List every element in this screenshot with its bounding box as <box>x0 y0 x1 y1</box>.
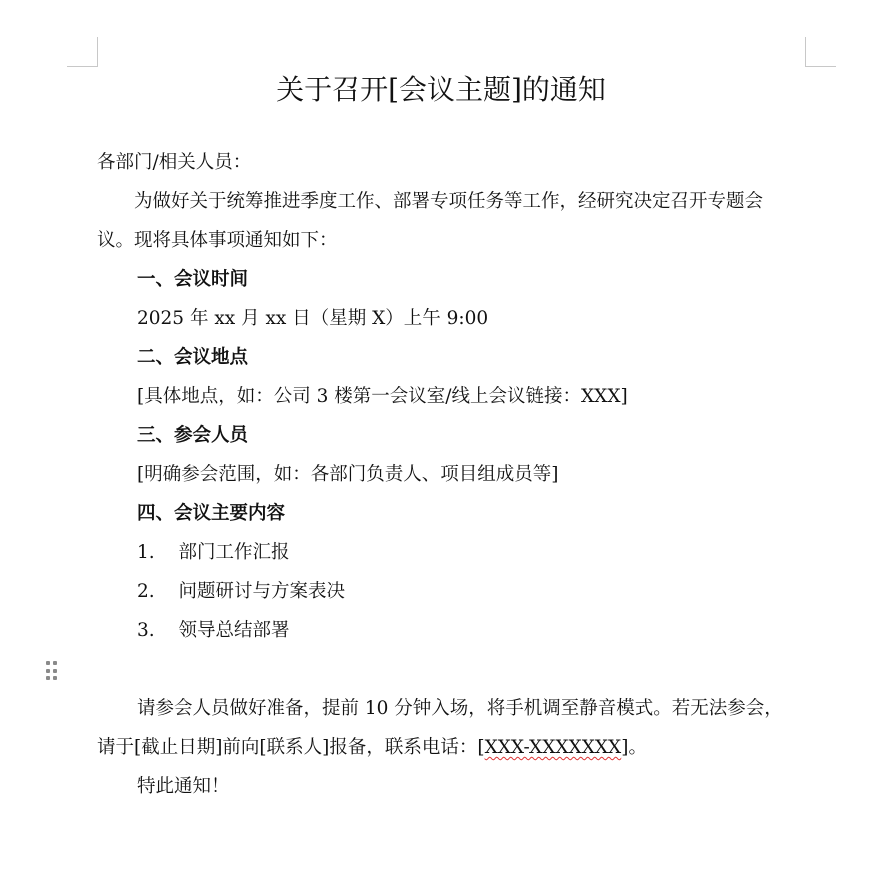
agenda-item-number: 3. <box>137 620 155 641</box>
agenda-item[interactable]: 2. 问题研讨与方案表决 <box>137 579 345 605</box>
intro-line-2[interactable]: 议。现将具体事项通知如下： <box>97 228 338 254</box>
page-margin-corner-top-right <box>805 37 836 67</box>
page-margin-corner-top-left <box>67 37 98 67</box>
section-heading-agenda[interactable]: 四、会议主要内容 <box>137 501 285 527</box>
section-body-time[interactable]: 2025 年 xx 月 xx 日（星期 X）上午 9:00 <box>137 306 488 332</box>
closing-line-2[interactable]: 请于[截止日期]前向[联系人]报备，联系电话：[XXX-XXXXXXX]。 <box>97 735 647 761</box>
phone-placeholder-spellcheck[interactable]: XXX-XXXXXXX <box>485 737 622 758</box>
signoff[interactable]: 特此通知！ <box>137 774 230 800</box>
closing-line-2-prefix: 请于[截止日期]前向[联系人]报备，联系电话：[ <box>97 737 485 758</box>
agenda-item[interactable]: 1. 部门工作汇报 <box>137 540 289 566</box>
closing-line-2-suffix: ]。 <box>621 737 647 758</box>
agenda-item-text: 领导总结部署 <box>178 620 289 641</box>
document-title[interactable]: 关于召开[会议主题]的通知 <box>0 70 882 110</box>
section-body-location[interactable]: [具体地点，如：公司 3 楼第一会议室/线上会议链接：XXX] <box>137 384 628 410</box>
agenda-item-number: 1. <box>137 542 155 563</box>
section-body-attendees[interactable]: [明确参会范围，如：各部门负责人、项目组成员等] <box>137 462 558 488</box>
agenda-item-number: 2. <box>137 581 155 602</box>
drag-handle-icon[interactable] <box>46 661 58 681</box>
agenda-item-text: 部门工作汇报 <box>178 542 289 563</box>
closing-line-1[interactable]: 请参会人员做好准备，提前 10 分钟入场，将手机调至静音模式。若无法参会， <box>137 696 783 722</box>
agenda-item[interactable]: 3. 领导总结部署 <box>137 618 289 644</box>
agenda-item-text: 问题研讨与方案表决 <box>178 581 345 602</box>
document-page[interactable]: 关于召开[会议主题]的通知 各部门/相关人员： 为做好关于统筹推进季度工作、部署… <box>0 0 882 885</box>
section-heading-attendees[interactable]: 三、参会人员 <box>137 423 248 449</box>
intro-line-1[interactable]: 为做好关于统筹推进季度工作、部署专项任务等工作，经研究决定召开专题会 <box>134 189 763 215</box>
salutation[interactable]: 各部门/相关人员： <box>97 150 251 176</box>
section-heading-location[interactable]: 二、会议地点 <box>137 345 248 371</box>
section-heading-time[interactable]: 一、会议时间 <box>137 267 248 293</box>
